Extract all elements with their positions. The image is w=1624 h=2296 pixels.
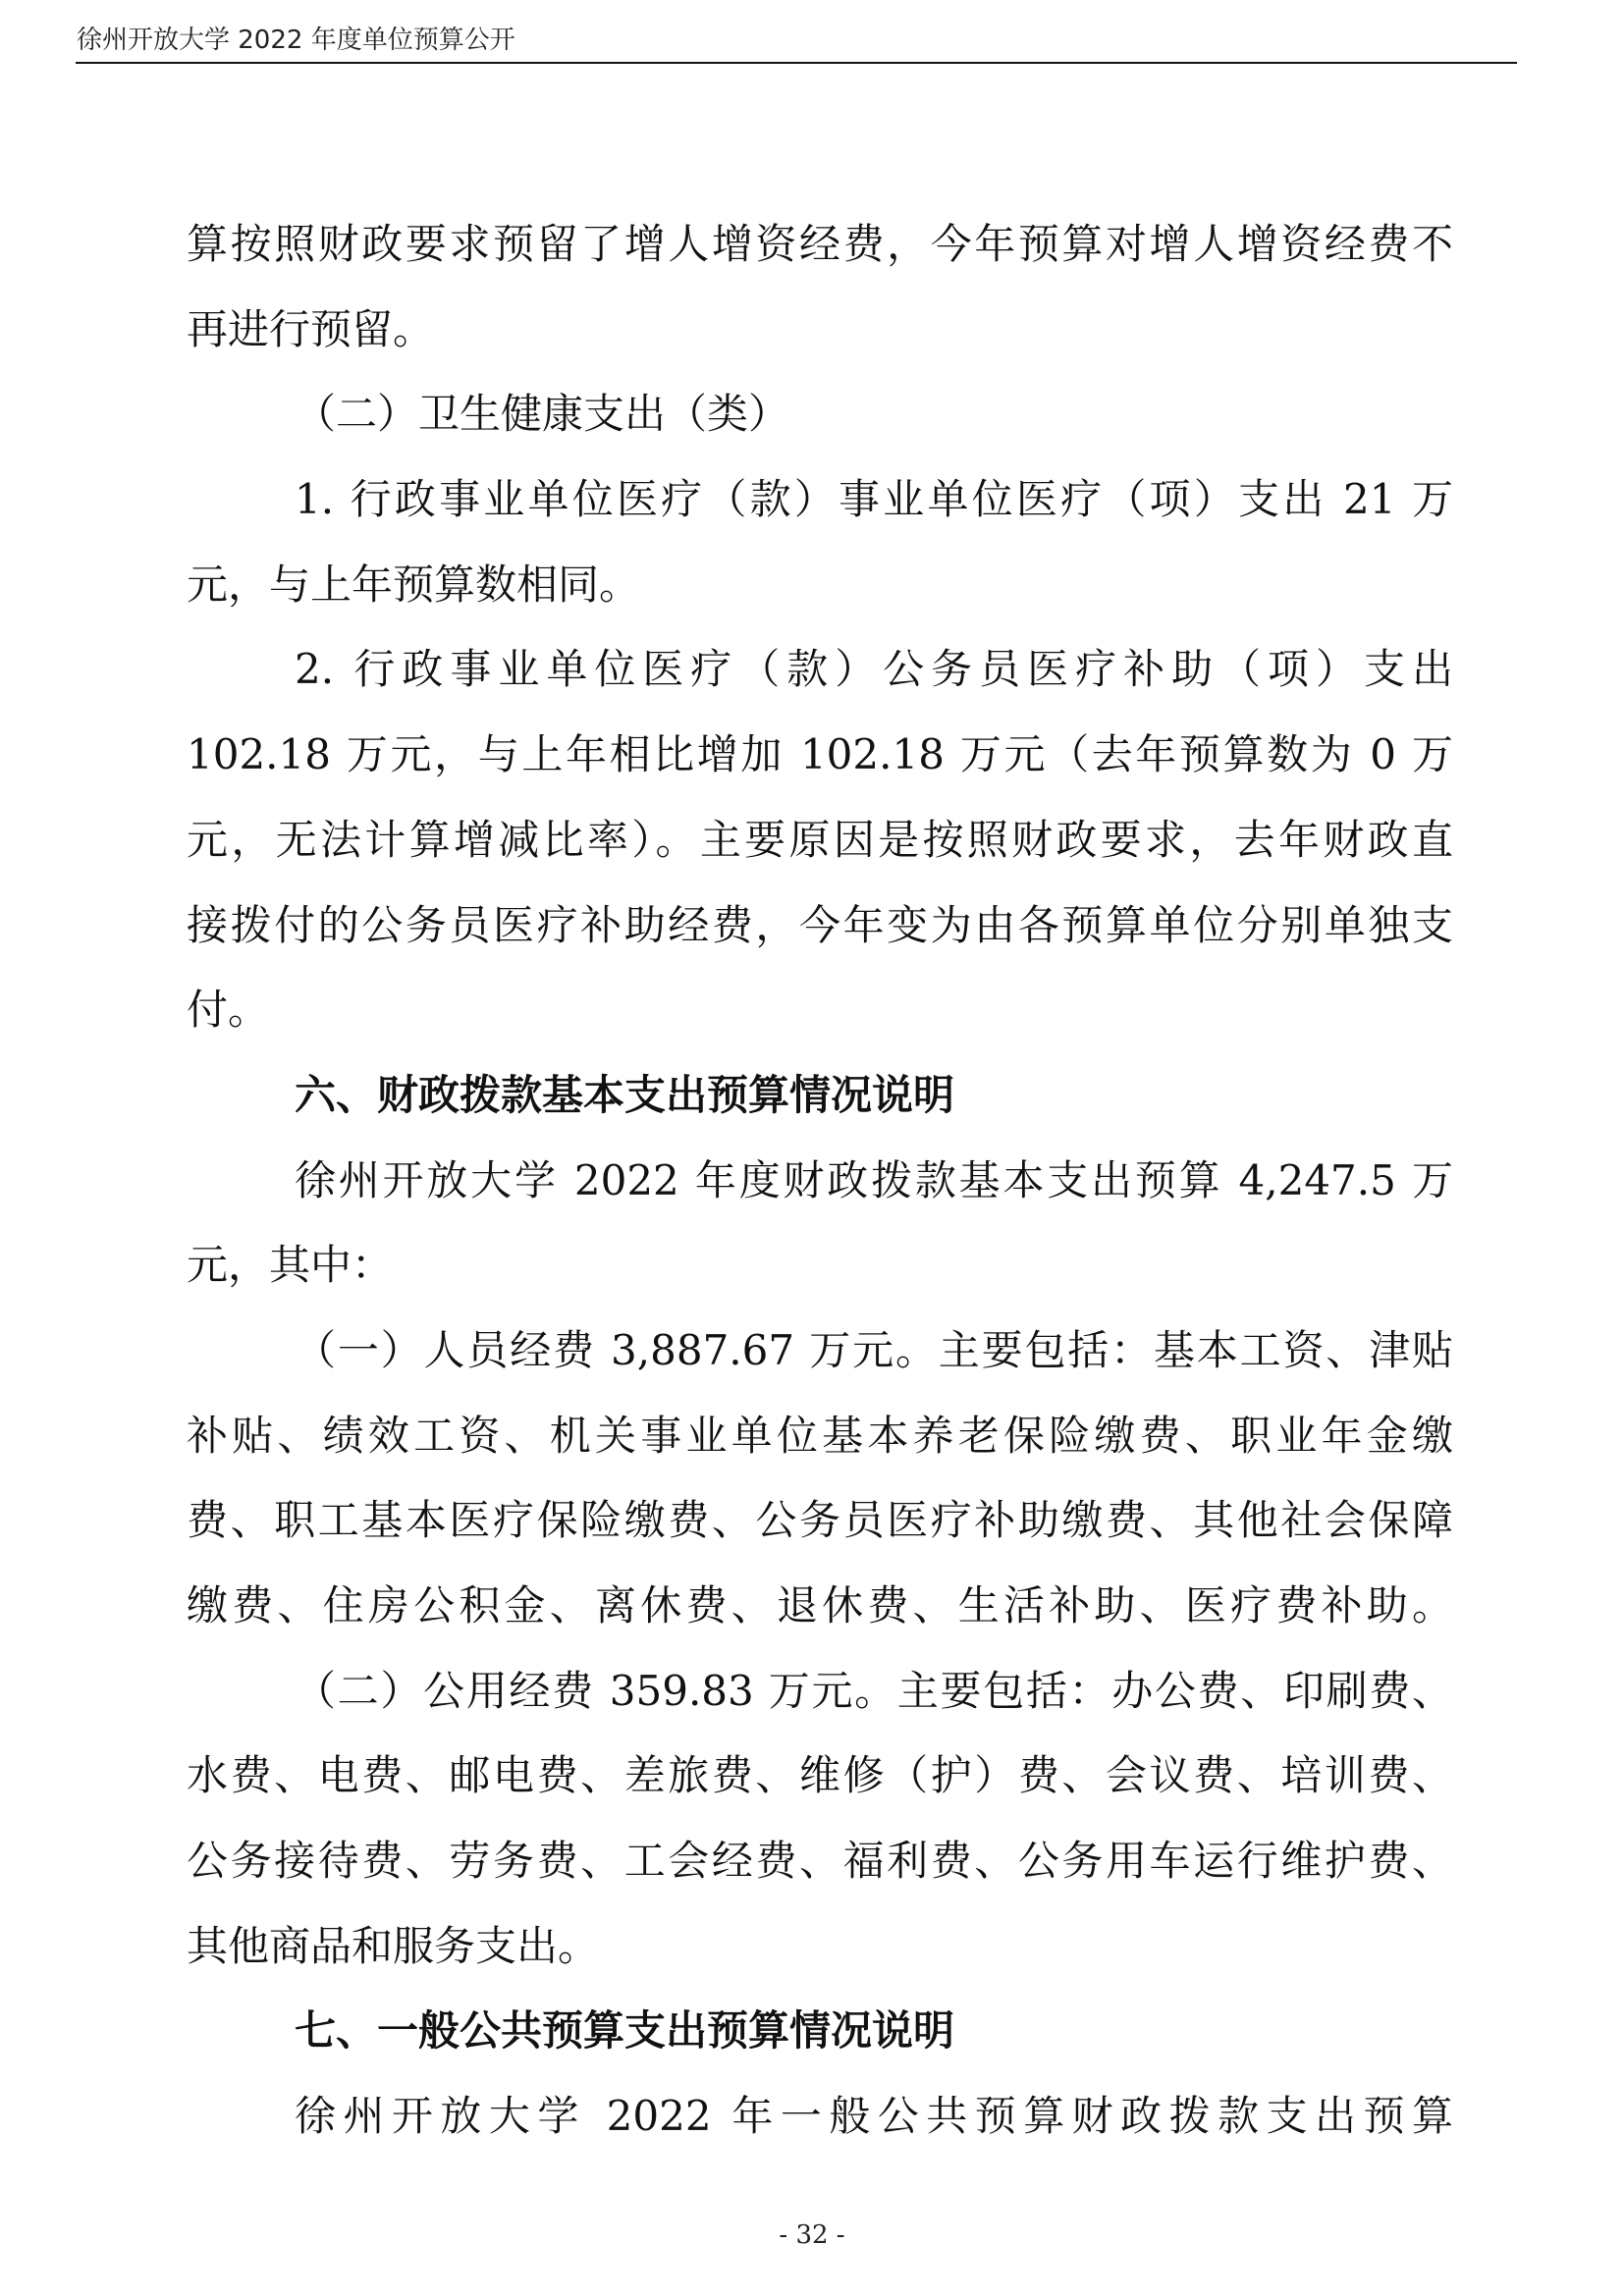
paragraph-line: 公务接待费、劳务费、工会经费、福利费、公务用车运行维护费、 (187, 1819, 1453, 1904)
paragraph-line: 元，其中： (187, 1223, 1453, 1308)
paragraph-line: 水费、电费、邮电费、差旅费、维修（护）费、会议费、培训费、 (187, 1734, 1453, 1819)
paragraph-line: （二）公用经费 359.83 万元。主要包括：办公费、印刷费、 (187, 1649, 1453, 1735)
paragraph-line: 徐州开放大学 2022 年度财政拨款基本支出预算 4,247.5 万 (187, 1139, 1453, 1224)
paragraph-line: 徐州开放大学 2022 年一般公共预算财政拨款支出预算 (187, 2074, 1453, 2160)
page-header-title: 徐州开放大学 2022 年度单位预算公开 (77, 26, 515, 55)
paragraph-line: （二）卫生健康支出（类） (187, 372, 1453, 457)
page-number: - 32 - (0, 2220, 1624, 2250)
header-divider (76, 62, 1517, 64)
paragraph-line: 元，无法计算增减比率）。主要原因是按照财政要求，去年财政直 (187, 798, 1453, 883)
paragraph-line: 补贴、绩效工资、机关事业单位基本养老保险缴费、职业年金缴 (187, 1394, 1453, 1479)
paragraph-line: （一）人员经费 3,887.67 万元。主要包括：基本工资、津贴 (187, 1308, 1453, 1394)
paragraph-line: 费、职工基本医疗保险缴费、公务员医疗补助缴费、其他社会保障 (187, 1478, 1453, 1564)
paragraph-line: 其他商品和服务支出。 (187, 1904, 1453, 1990)
paragraph-line: 102.18 万元，与上年相比增加 102.18 万元（去年预算数为 0 万 (187, 713, 1453, 798)
paragraph-line: 接拨付的公务员医疗补助经费，今年变为由各预算单位分别单独支 (187, 883, 1453, 969)
paragraph-line: 缴费、住房公积金、离休费、退休费、生活补助、医疗费补助。 (187, 1564, 1453, 1649)
section-heading: 六、财政拨款基本支出预算情况说明 (187, 1053, 1453, 1139)
paragraph-line: 付。 (187, 968, 1453, 1053)
document-body: 算按照财政要求预留了增人增资经费，今年预算对增人增资经费不再进行预留。（二）卫生… (187, 202, 1453, 2160)
paragraph-line: 元，与上年预算数相同。 (187, 543, 1453, 628)
paragraph-line: 算按照财政要求预留了增人增资经费，今年预算对增人增资经费不 (187, 202, 1453, 288)
paragraph-line: 1. 行政事业单位医疗（款）事业单位医疗（项）支出 21 万 (187, 457, 1453, 543)
paragraph-line: 再进行预留。 (187, 288, 1453, 373)
paragraph-line: 2. 行政事业单位医疗（款）公务员医疗补助（项）支出 (187, 627, 1453, 713)
section-heading: 七、一般公共预算支出预算情况说明 (187, 1989, 1453, 2074)
